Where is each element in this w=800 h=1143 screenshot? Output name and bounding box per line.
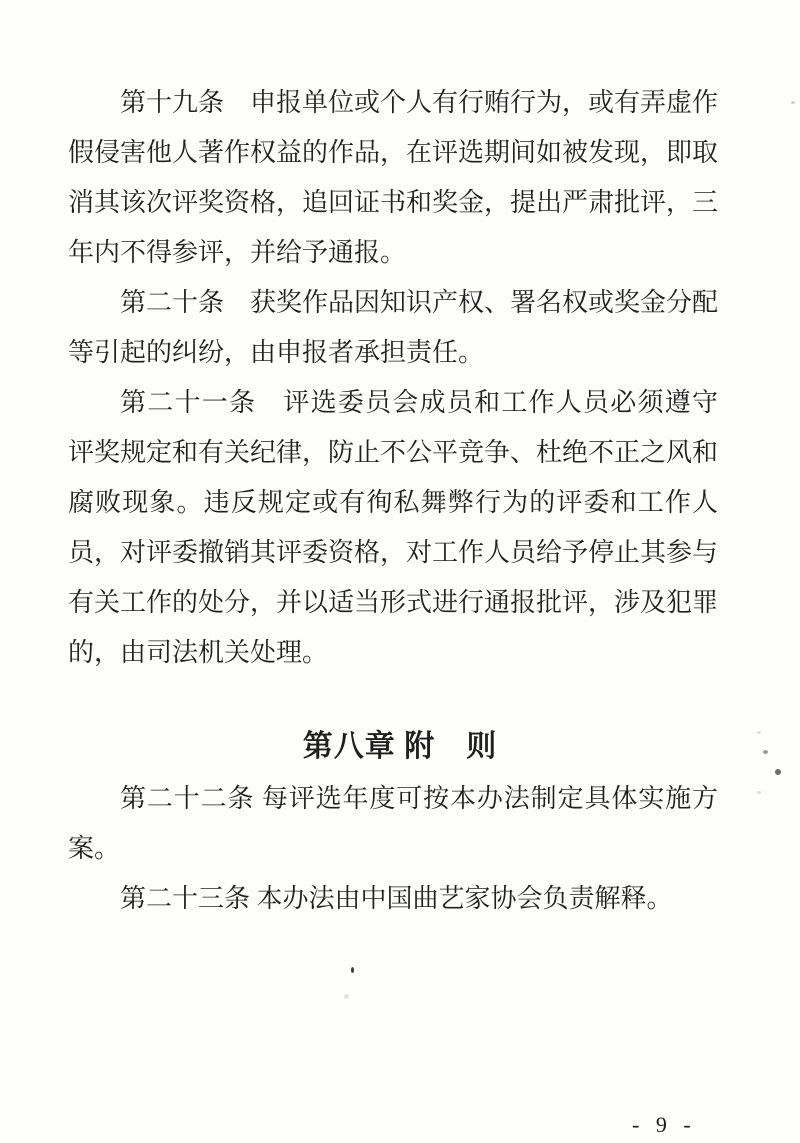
- paragraph-line: 员，对评委撤销其评委资格，对工作人员给予停止其参与: [68, 528, 718, 578]
- paragraph: 第二十三条 本办法由中国曲艺家协会负责解释。: [68, 874, 718, 924]
- paragraph-line: 有关工作的处分，并以适当形式进行通报批评，涉及犯罪: [68, 578, 718, 628]
- paragraph-line: 评奖规定和有关纪律，防止不公平竞争、杜绝不正之风和: [68, 428, 718, 478]
- scan-speck: [344, 994, 349, 999]
- paragraph-line: 第二十条 获奖作品因知识产权、署名权或奖金分配: [68, 278, 718, 328]
- paragraph-line: 年内不得参评，并给予通报。: [68, 228, 718, 278]
- paragraph: 第二十一条 评选委员会成员和工作人员必须遵守评奖规定和有关纪律，防止不公平竞争、…: [68, 378, 718, 678]
- scan-speck: [775, 769, 781, 775]
- document-page: 第十九条 申报单位或个人有行贿行为，或有弄虚作假侵害他人著作权益的作品，在评选期…: [0, 0, 800, 1143]
- scan-speck: [763, 750, 768, 754]
- paragraph: 第二十条 获奖作品因知识产权、署名权或奖金分配等引起的纠纷，由申报者承担责任。: [68, 278, 718, 378]
- paragraph-line: 等引起的纠纷，由申报者承担责任。: [68, 328, 718, 378]
- paragraph-line: 消其该次评奖资格，追回证书和奖金，提出严肃批评，三: [68, 178, 718, 228]
- scan-speck: [757, 791, 761, 794]
- paragraph-line: 腐败现象。违反规定或有徇私舞弊行为的评委和工作人: [68, 478, 718, 528]
- paragraph-line: 第二十二条 每评选年度可按本办法制定具体实施方: [68, 774, 718, 824]
- document-body: 第十九条 申报单位或个人有行贿行为，或有弄虚作假侵害他人著作权益的作品，在评选期…: [68, 78, 718, 924]
- paragraph-line: 第二十一条 评选委员会成员和工作人员必须遵守: [68, 378, 718, 428]
- chapter-heading: 第八章 附 则: [68, 722, 718, 772]
- paragraph-line: 第十九条 申报单位或个人有行贿行为，或有弄虚作: [68, 78, 718, 128]
- scan-speck: [791, 101, 795, 104]
- scan-speck: [757, 731, 761, 734]
- paragraph: 第十九条 申报单位或个人有行贿行为，或有弄虚作假侵害他人著作权益的作品，在评选期…: [68, 78, 718, 278]
- paragraph-line: 案。: [68, 824, 718, 874]
- paragraph-line: 第二十三条 本办法由中国曲艺家协会负责解释。: [68, 874, 718, 924]
- scan-speck: [351, 967, 354, 973]
- page-number: - 9 -: [632, 1110, 693, 1140]
- paragraph-line: 假侵害他人著作权益的作品，在评选期间如被发现，即取: [68, 128, 718, 178]
- paragraph-line: 的，由司法机关处理。: [68, 628, 718, 678]
- paragraph: 第二十二条 每评选年度可按本办法制定具体实施方案。: [68, 774, 718, 874]
